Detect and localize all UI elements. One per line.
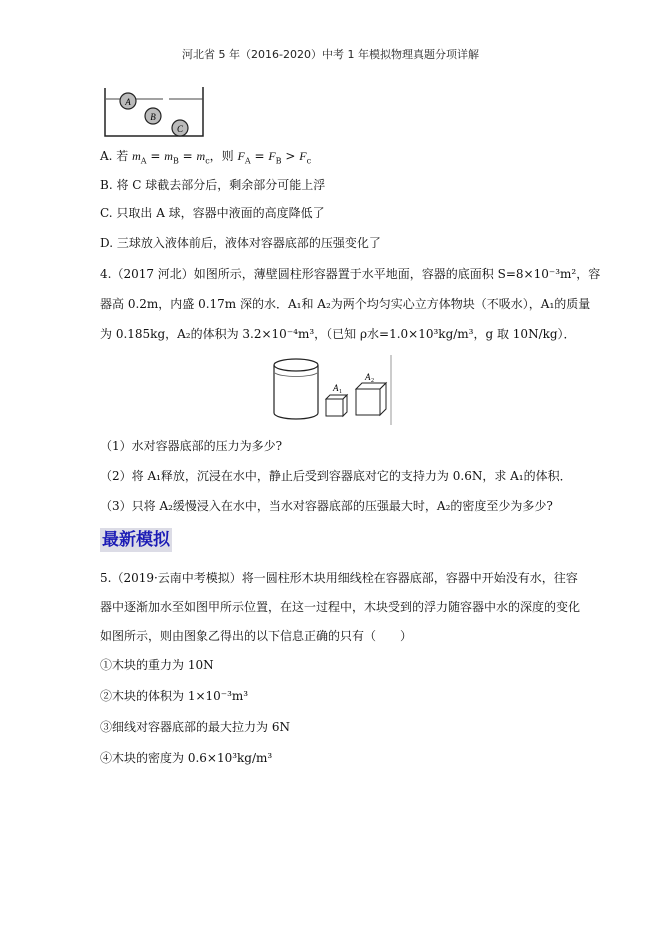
q4-line-1: 4.（2017 河北）如图所示，薄壁圆柱形容器置于水平地面，容器的底面积 S=8… xyxy=(100,266,600,282)
q5-item-3: ③细线对容器底部的最大拉力为 6N xyxy=(100,719,290,735)
option-b: B. 将 C 球截去部分后，剩余部分可能上浮 xyxy=(100,177,325,193)
section-title: 最新模拟 xyxy=(100,528,172,552)
option-c: C. 只取出 A 球，容器中液面的高度降低了 xyxy=(100,205,325,221)
q5-item-2: ②木块的体积为 1×10⁻³m³ xyxy=(100,688,248,704)
svg-text:2: 2 xyxy=(371,378,374,384)
option-d: D. 三球放入液体前后，液体对容器底部的压强变化了 xyxy=(100,235,381,251)
cylinder-cubes-figure: A 1 A 2 xyxy=(268,355,393,425)
q5-line-1: 5.（2019·云南中考模拟）将一圆柱形木块用细线栓在容器底部，容器中开始没有水… xyxy=(100,570,578,586)
q5-item-1: ①木块的重力为 10N xyxy=(100,657,214,673)
svg-text:1: 1 xyxy=(339,389,342,395)
svg-text:C: C xyxy=(177,124,184,134)
q4-sub-3: （3）只将 A₂缓慢浸入在水中，当水对容器底部的压强最大时，A₂的密度至少为多少… xyxy=(100,498,553,514)
q4-sub-2: （2）将 A₁释放，沉浸在水中，静止后受到容器底对它的支持力为 0.6N，求 A… xyxy=(100,468,572,484)
q4-line-2: 器高 0.2m，内盛 0.17m 深的水．A₁和 A₂为两个均匀实心立方体物块（… xyxy=(100,296,590,312)
svg-text:A: A xyxy=(124,97,131,107)
q4-sub-1: （1）水对容器底部的压力为多少? xyxy=(100,438,282,454)
q4-line-3: 为 0.185kg，A₂的体积为 3.2×10⁻⁴m³，（已知 ρ水=1.0×1… xyxy=(100,326,576,342)
label-a1: A xyxy=(332,383,339,393)
label-a2: A xyxy=(364,372,371,382)
q5-line-2: 器中逐渐加水至如图甲所示位置，在这一过程中，木块受到的浮力随容器中水的深度的变化 xyxy=(100,599,580,615)
svg-text:B: B xyxy=(150,112,156,122)
container-balls-figure: A B C xyxy=(103,84,208,139)
page-header: 河北省 5 年（2016-2020）中考 1 年模拟物理真题分项详解 xyxy=(0,46,661,62)
q5-line-3: 如图所示，则由图象乙得出的以下信息正确的只有（ ） xyxy=(100,628,412,644)
q5-item-4: ④木块的密度为 0.6×10³kg/m³ xyxy=(100,750,272,766)
option-a: A. 若 mA = mB = mc，则 FA = FB > Fc xyxy=(100,148,311,164)
